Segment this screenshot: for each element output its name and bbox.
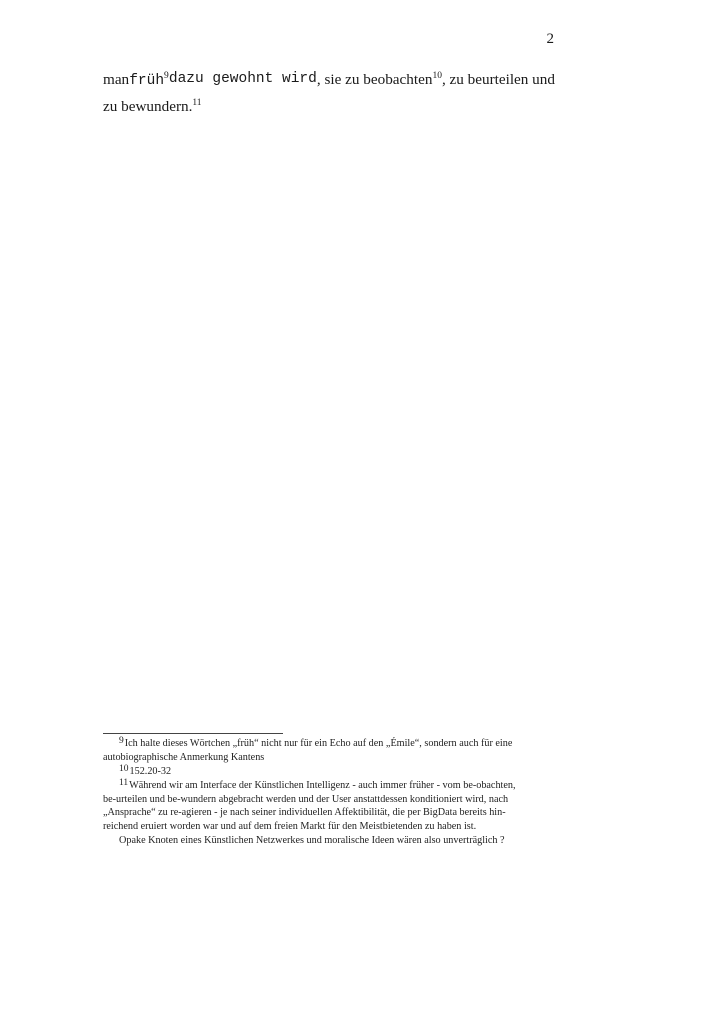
- mono-word: früh: [129, 73, 164, 89]
- word: man: [103, 66, 129, 93]
- footnote-11-line-2: be-urteilen und be-wundern abgebracht we…: [103, 793, 553, 807]
- mono-phrase: dazu gewohnt wird: [169, 66, 317, 93]
- footnote-ref-10[interactable]: 10: [432, 71, 442, 81]
- footnote-rule: [103, 733, 283, 734]
- page-number: 2: [540, 31, 554, 48]
- body-line-2: zu bewundern.11: [103, 93, 563, 120]
- footnote-9-line-1: 9Ich halte dieses Wörtchen „früh“ nicht …: [103, 737, 553, 751]
- text-segment: , sie zu beobachten: [317, 71, 433, 88]
- footnote-11-line-1: 11Während wir am Interface der Künstlich…: [103, 779, 553, 793]
- footnote-11-line-4: reichend eruiert worden war und auf dem …: [103, 820, 553, 834]
- footnote-11-line-3: „Ansprache“ zu re-agieren - je nach sein…: [103, 806, 553, 820]
- footnote-10-line-1: 10152.20-32: [103, 765, 553, 779]
- footnote-ref-11[interactable]: 11: [192, 98, 201, 108]
- footnote-mark-11: 11: [119, 778, 128, 788]
- text-segment: , zu beurteilen und: [442, 71, 555, 88]
- footnotes: 9Ich halte dieses Wörtchen „früh“ nicht …: [103, 737, 553, 848]
- body-line-1: man früh9 dazu gewohnt wird , sie zu beo…: [103, 66, 555, 93]
- footnote-11-line-5: Opake Knoten eines Künstlichen Netzwerke…: [103, 834, 553, 848]
- footnote-mark-10: 10: [119, 764, 129, 774]
- text-segment: zu bewundern.: [103, 98, 192, 115]
- footnote-mark-9: 9: [119, 736, 124, 746]
- footnote-9-line-2: autobiographische Anmerkung Kantens: [103, 751, 553, 765]
- body-text: man früh9 dazu gewohnt wird , sie zu beo…: [103, 66, 563, 120]
